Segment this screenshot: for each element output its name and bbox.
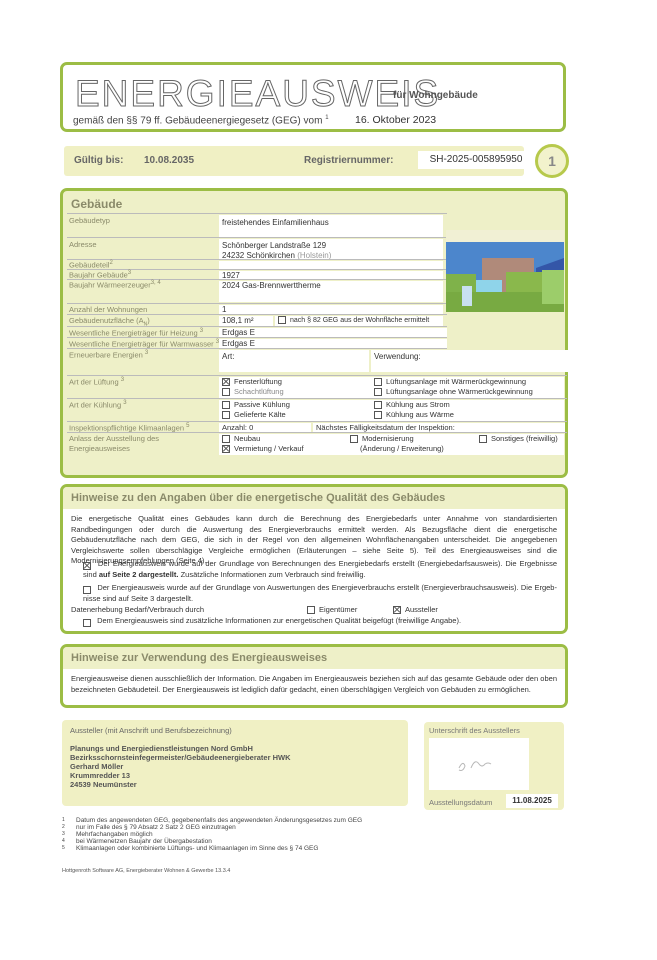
- registration-number: SH-2025-005895950: [418, 151, 534, 169]
- issue-date-label: Ausstellungsdatum: [429, 798, 492, 807]
- additional-text: Dem Energieausweis sind zusätzliche Info…: [97, 616, 461, 625]
- footnote: 3Mehrfachangaben möglich: [62, 831, 153, 838]
- owner-option[interactable]: Eigentümer: [307, 605, 357, 616]
- option-delivered-cold[interactable]: Gelieferte Kälte: [222, 410, 286, 420]
- consumption-checkbox[interactable]: [83, 586, 91, 594]
- row-usable-area: Gebäudenutzfläche (AN) 108,1 m² nach § 8…: [67, 314, 447, 326]
- footnote: 4bei Wärmenetzen Baujahr der Übergabesta…: [62, 838, 212, 845]
- footnote: 1Datum des angewendeten GEG, gegebenenfa…: [62, 817, 362, 824]
- footnote-number: 4: [62, 838, 76, 844]
- data-collection-label: Datenerhebung Bedarf/Verbrauch durch: [71, 605, 204, 614]
- area-method: nach § 82 GEG aus der Wohnfläche ermitte…: [275, 316, 443, 326]
- inspection-count: Anzahl: 0: [219, 423, 311, 432]
- consumption-text: Der Energieausweis wurde auf der Grundla…: [97, 583, 557, 592]
- row-cooling: Art der Kühlung 3 Passive Kühlung Kühlun…: [67, 398, 567, 421]
- field-value: freistehendes Einfamilienhaus: [219, 215, 443, 237]
- row-ventilation: Art der Lüftung 3 Fensterlüftung Lüftung…: [67, 375, 567, 398]
- checkbox[interactable]: [374, 401, 382, 409]
- issuer-line: Planungs und Energiedienstleistungen Nor…: [70, 744, 253, 753]
- option-modernisation-note: (Änderung / Erweiterung): [360, 444, 444, 454]
- signature-scribble-icon: [429, 738, 529, 790]
- house-image: [446, 230, 564, 312]
- checkbox-checked[interactable]: [222, 378, 230, 386]
- row-apartments: Anzahl der Wohnungen 1: [67, 303, 447, 314]
- label-text: Art der Lüftung: [69, 378, 119, 387]
- law-date: 16. Oktober 2023: [355, 114, 436, 126]
- area-method-checkbox[interactable]: [278, 316, 286, 324]
- issue-date: 11.08.2025: [506, 794, 558, 808]
- footnote-text: Datum des angewendeten GEG, gegebenenfal…: [76, 817, 362, 824]
- address-street: Schönberger Landstraße 129: [222, 241, 443, 251]
- option-label: Eigentümer: [319, 605, 357, 614]
- footnote-number: 5: [62, 845, 76, 851]
- law-reference: gemäß den §§ 79 ff. Gebäudeenergiegesetz…: [73, 115, 329, 126]
- row-building-type: Gebäudetyp freistehendes Einfamilienhaus: [67, 213, 447, 238]
- row-building-part: Gebäudeteil2: [67, 259, 447, 269]
- footnote-number: 1: [62, 817, 76, 823]
- field-label: Adresse: [69, 240, 97, 249]
- checkbox[interactable]: [222, 411, 230, 419]
- label-text: Baujahr Wärmeerzeuger: [69, 281, 151, 290]
- usage-text: Energieausweise dienen ausschließlich de…: [71, 674, 557, 695]
- field-value: Erdgas E: [219, 328, 447, 337]
- cooling-options: Passive Kühlung Kühlung aus Strom Gelief…: [219, 400, 564, 421]
- option-label: Schachtlüftung: [234, 387, 284, 396]
- option-label: Lüftungsanlage mit Wärmerückgewinnung: [386, 377, 526, 386]
- option-label: Passive Kühlung: [234, 400, 290, 409]
- data-collection-row: Datenerhebung Bedarf/Verbrauch durch Eig…: [71, 605, 557, 616]
- header-box: ENERGIEAUSWEIS für Wohngebäude gemäß den…: [60, 62, 566, 132]
- document-title: ENERGIEAUSWEIS: [75, 73, 440, 115]
- field-label: Erneuerbare Energien 3: [69, 350, 148, 360]
- label-text: Erneuerbare Energien: [69, 351, 143, 360]
- option-label: Fensterlüftung: [234, 377, 282, 386]
- footnote-number: 2: [62, 824, 76, 830]
- inspection-next-date: Nächstes Fälligkeitsdatum der Inspektion…: [313, 423, 565, 432]
- checkbox[interactable]: [222, 401, 230, 409]
- field-label: Gebäudetyp: [69, 216, 110, 225]
- field-value: 2024 Gas-Brennwerttherme: [219, 281, 443, 302]
- field-value: Schönberger Landstraße 129 24232 Schönki…: [219, 239, 443, 260]
- option-label: Modernisierung: [362, 434, 414, 443]
- field-label: Art der Kühlung 3: [69, 400, 127, 410]
- label-sup: 3: [123, 400, 126, 406]
- field-value: 1: [219, 305, 443, 314]
- option-other[interactable]: Sonstiges (freiwillig): [479, 434, 558, 444]
- option-label: Lüftungsanlage ohne Wärmerückgewinnung: [386, 387, 533, 396]
- option-electric-cooling[interactable]: Kühlung aus Strom: [374, 400, 450, 410]
- demand-extra: Zusätzliche Informationen zum Verbrauch …: [181, 570, 366, 579]
- label-sup: 2: [109, 260, 112, 266]
- label-text: Art der Kühlung: [69, 401, 121, 410]
- consumption-statement: Der Energieausweis wurde auf der Grundla…: [71, 583, 557, 604]
- label-sup: 3: [128, 270, 131, 276]
- valid-date: 10.08.2035: [144, 155, 194, 166]
- section-header: Hinweise zur Verwendung des Energieauswe…: [63, 647, 565, 669]
- footnote: 2nur im Falle des § 79 Absatz 2 Satz 2 G…: [62, 824, 236, 831]
- option-label: Kühlung aus Wärme: [386, 410, 454, 419]
- option-ventilation-with-recovery[interactable]: Lüftungsanlage mit Wärmerückgewinnung: [374, 377, 526, 387]
- checkbox-checked[interactable]: [393, 606, 401, 614]
- issuer-option[interactable]: Aussteller: [393, 605, 438, 616]
- label-sup: 3, 4: [151, 280, 161, 286]
- option-heat-cooling[interactable]: Kühlung aus Wärme: [374, 410, 454, 420]
- row-occasion: Anlass der Ausstellung desEnergieausweis…: [67, 432, 567, 455]
- signature-area: [429, 738, 529, 790]
- option-label: Kühlung aus Strom: [386, 400, 450, 409]
- checkbox[interactable]: [479, 435, 487, 443]
- row-address: Adresse Schönberger Landstraße 129 24232…: [67, 237, 447, 260]
- footnote-text: bei Wärmenetzen Baujahr der Übergabestat…: [76, 838, 212, 845]
- valid-label: Gültig bis:: [74, 155, 123, 166]
- label-sup: 3: [145, 350, 148, 356]
- row-construction-year: Baujahr Gebäude3 1927: [67, 269, 447, 279]
- issuer-line: 24539 Neumünster: [70, 780, 137, 789]
- law-text: gemäß den §§ 79 ff. Gebäudeenergiegesetz…: [73, 115, 322, 126]
- row-hotwater-energy: Wesentliche Energieträger für Warmwasser…: [67, 337, 447, 348]
- checkbox[interactable]: [374, 378, 382, 386]
- area-value: 108,1 m²: [219, 316, 273, 326]
- field-label: Art der Lüftung 3: [69, 377, 124, 387]
- quality-notes-section: Hinweise zu den Angaben über die energet…: [60, 484, 568, 634]
- option-label: Gelieferte Kälte: [234, 410, 286, 419]
- option-window-ventilation[interactable]: Fensterlüftung: [222, 377, 282, 387]
- renewables-type: Art:: [219, 350, 369, 372]
- field-value: [219, 261, 443, 269]
- footnote-number: 3: [62, 831, 76, 837]
- label-sup: 3: [121, 377, 124, 383]
- issuer-line: Gerhard Möller: [70, 762, 123, 771]
- footnote-text: Mehrfachangaben möglich: [76, 831, 153, 838]
- signature-box: Unterschrift des Ausstellers Ausstellung…: [424, 722, 564, 810]
- option-passive-cooling[interactable]: Passive Kühlung: [222, 400, 290, 410]
- checkbox[interactable]: [374, 411, 382, 419]
- checkbox[interactable]: [222, 435, 230, 443]
- reg-label: Registriernummer:: [304, 155, 393, 166]
- checkbox[interactable]: [374, 388, 382, 396]
- ventilation-options: Fensterlüftung Lüftungsanlage mit Wärmer…: [219, 377, 564, 398]
- label-text: Gebäudenutzfläche (A: [69, 316, 144, 325]
- option-modernisation[interactable]: Modernisierung: [350, 434, 414, 444]
- demand-statement: Der Energieausweis wurde auf der Grundla…: [71, 559, 557, 580]
- checkbox[interactable]: [222, 388, 230, 396]
- software-credit: Hottgenroth Software AG, Energieberater …: [62, 868, 230, 874]
- issuer-line: Bezirksschornsteinfegermeister/Gebäudeen…: [70, 753, 291, 762]
- field-label: Anzahl der Wohnungen: [69, 305, 147, 314]
- occasion-options: Neubau Modernisierung Sonstiges (freiwil…: [219, 434, 564, 455]
- issuer-box: Aussteller (mit Anschrift und Berufsbeze…: [62, 720, 408, 806]
- footnote-text: Klimaanlagen oder kombinierte Lüftungs- …: [76, 845, 318, 852]
- document-subtitle: für Wohngebäude: [393, 90, 478, 101]
- additional-checkbox[interactable]: [83, 619, 91, 627]
- renewables-usage: Verwendung:: [371, 350, 571, 372]
- validity-bar: Gültig bis: 10.08.2035 Registriernummer:…: [64, 146, 524, 176]
- option-label: Aussteller: [405, 605, 438, 614]
- option-label: Vermietung / Verkauf: [234, 444, 304, 453]
- label-sup: 3: [200, 328, 203, 334]
- row-heater-year: Baujahr Wärmeerzeuger3, 4 2024 Gas-Brenn…: [67, 279, 447, 302]
- label-sup: 5: [186, 423, 189, 429]
- footnote: 5Klimaanlagen oder kombinierte Lüftungs-…: [62, 845, 318, 852]
- row-inspection: Inspektionspflichtige Klimaanlagen 5 Anz…: [67, 421, 567, 432]
- page-number-badge: 1: [535, 144, 569, 178]
- option-label: Neubau: [234, 434, 260, 443]
- issuer-line: Krummredder 13: [70, 771, 130, 780]
- demand-checkbox[interactable]: [83, 562, 91, 570]
- consumption-page-ref: nisse sind auf Seite 3 dargestellt.: [83, 594, 193, 603]
- option-rent-sale[interactable]: Vermietung / Verkauf: [222, 444, 304, 454]
- label-line: Anlass der Ausstellung des: [69, 434, 159, 444]
- additional-info-statement: Dem Energieausweis sind zusätzliche Info…: [71, 616, 557, 627]
- label-end: ): [147, 316, 150, 325]
- section-title: Hinweise zur Verwendung des Energieauswe…: [71, 652, 327, 664]
- section-title: Hinweise zu den Angaben über die energet…: [71, 492, 445, 504]
- signature-title: Unterschrift des Ausstellers: [429, 726, 520, 735]
- building-photo: [446, 230, 564, 312]
- option-shaft-ventilation[interactable]: Schachtlüftung: [222, 387, 284, 397]
- row-renewables: Erneuerbare Energien 3 Art: Verwendung:: [67, 348, 447, 373]
- option-new-build[interactable]: Neubau: [222, 434, 260, 444]
- option-label: Sonstiges (freiwillig): [491, 434, 558, 443]
- usage-notes-section: Hinweise zur Verwendung des Energieauswe…: [60, 644, 568, 708]
- demand-page-ref: auf Seite 2 dargestellt.: [99, 570, 179, 579]
- area-method-text: nach § 82 GEG aus der Wohnfläche ermitte…: [290, 317, 429, 324]
- field-label: Baujahr Wärmeerzeuger3, 4: [69, 280, 161, 290]
- checkbox-checked[interactable]: [222, 445, 230, 453]
- checkbox[interactable]: [307, 606, 315, 614]
- field-value: Erdgas E: [219, 339, 447, 348]
- section-header: Hinweise zu den Angaben über die energet…: [63, 487, 565, 509]
- option-ventilation-without-recovery[interactable]: Lüftungsanlage ohne Wärmerückgewinnung: [374, 387, 533, 397]
- label-line: Energieausweises: [69, 444, 159, 454]
- row-heating-energy: Wesentliche Energieträger für Heizung 3 …: [67, 326, 447, 337]
- footnote-text: nur im Falle des § 79 Absatz 2 Satz 2 GE…: [76, 824, 236, 831]
- field-label: Anlass der Ausstellung desEnergieausweis…: [69, 434, 159, 454]
- checkbox[interactable]: [350, 435, 358, 443]
- issuer-title: Aussteller (mit Anschrift und Berufsbeze…: [70, 726, 232, 735]
- law-footnote: 1: [325, 115, 328, 121]
- section-title: Gebäude: [71, 197, 122, 211]
